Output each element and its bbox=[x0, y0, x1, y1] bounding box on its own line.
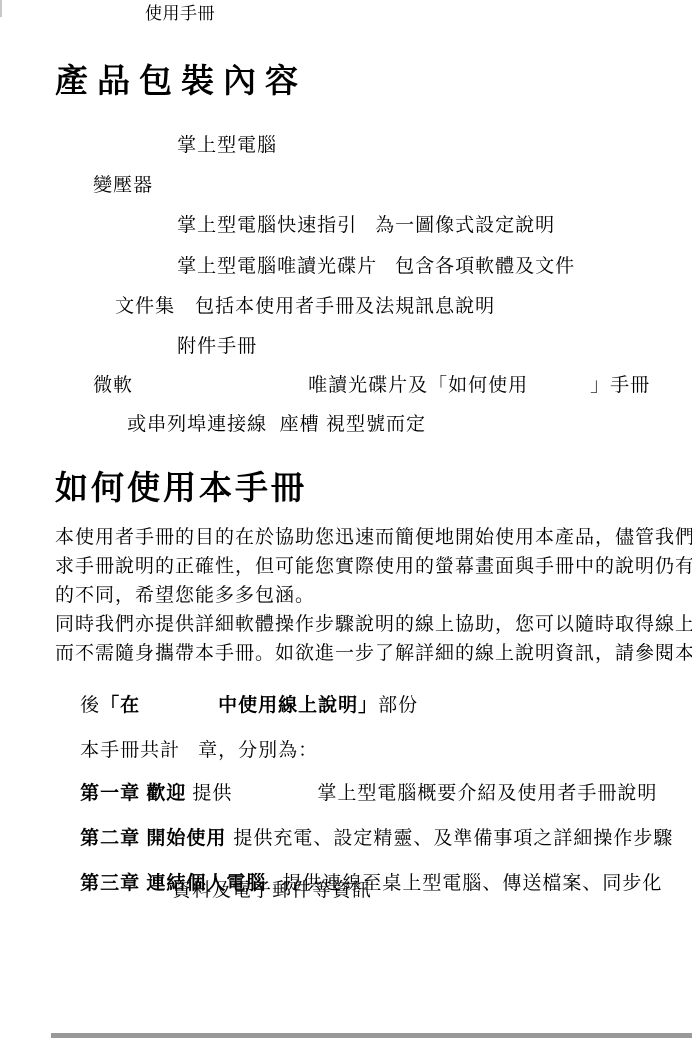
footer-rule bbox=[51, 1033, 692, 1038]
paragraph-line: 而不需隨身攜帶本手冊。如欲進一步了解詳細的線上說明資訊，請參閱本章稍 bbox=[55, 643, 692, 666]
packing-item-text: 」手冊 bbox=[590, 375, 650, 398]
chapter-lead: 提供 bbox=[192, 783, 232, 806]
paragraph-line: 求手冊說明的正確性，但可能您實際使用的螢幕畫面與手冊中的說明仍有些微 bbox=[55, 556, 692, 579]
paragraph-run: 部份 bbox=[378, 695, 418, 718]
packing-item: 掌上型電腦 bbox=[152, 112, 277, 180]
packing-item: 文件集包括本使用者手冊及法規訊息說明 bbox=[90, 273, 495, 341]
section-title-package-contents: 產品包裝內容 bbox=[55, 63, 307, 99]
packing-item: 變壓器 bbox=[68, 152, 153, 220]
paragraph-run-bold: 中使用線上說明」 bbox=[218, 695, 378, 718]
chapter-description: 掌上型電腦概要介紹及使用者手冊說明 bbox=[317, 783, 657, 806]
paragraph-line: 同時我們亦提供詳細軟體操作步驟說明的線上協助，您可以隨時取得線上說明 bbox=[55, 614, 692, 637]
paragraph-run: 後 bbox=[80, 695, 100, 718]
packing-item-text: 變壓器 bbox=[93, 175, 153, 198]
paragraph-line: 本使用者手冊的目的在於協助您迅速而簡便地開始使用本產品，儘管我們已力 bbox=[55, 527, 692, 550]
chapter-description: 提供充電、設定精靈、及準備事項之詳細操作步驟 bbox=[233, 828, 673, 851]
chapter-description-continued: 資料及電子郵件等資訊 bbox=[172, 880, 372, 903]
packing-item-text: 掌上型電腦 bbox=[177, 135, 277, 158]
chapter-number: 第一章 歡迎 bbox=[80, 783, 186, 806]
section-title-how-to-use: 如何使用本手冊 bbox=[55, 470, 307, 506]
page-edge-mark bbox=[0, 0, 2, 17]
packing-item-text: 或串列埠連接線 座槽 視型號而定 bbox=[127, 414, 426, 437]
paragraph-run-bold: 「在 bbox=[100, 695, 140, 718]
packing-item: 或串列埠連接線 座槽 視型號而定 bbox=[102, 391, 426, 459]
manual-page: 使用手冊 產品包裝內容 掌上型電腦 變壓器 掌上型電腦快速指引為一圖像式設定說明… bbox=[0, 0, 692, 1045]
chapter-number: 第二章 開始使用 bbox=[80, 828, 226, 851]
page-header-title: 使用手冊 bbox=[145, 4, 215, 24]
paragraph-line: 的不同，希望您能多多包涵。 bbox=[55, 585, 315, 608]
